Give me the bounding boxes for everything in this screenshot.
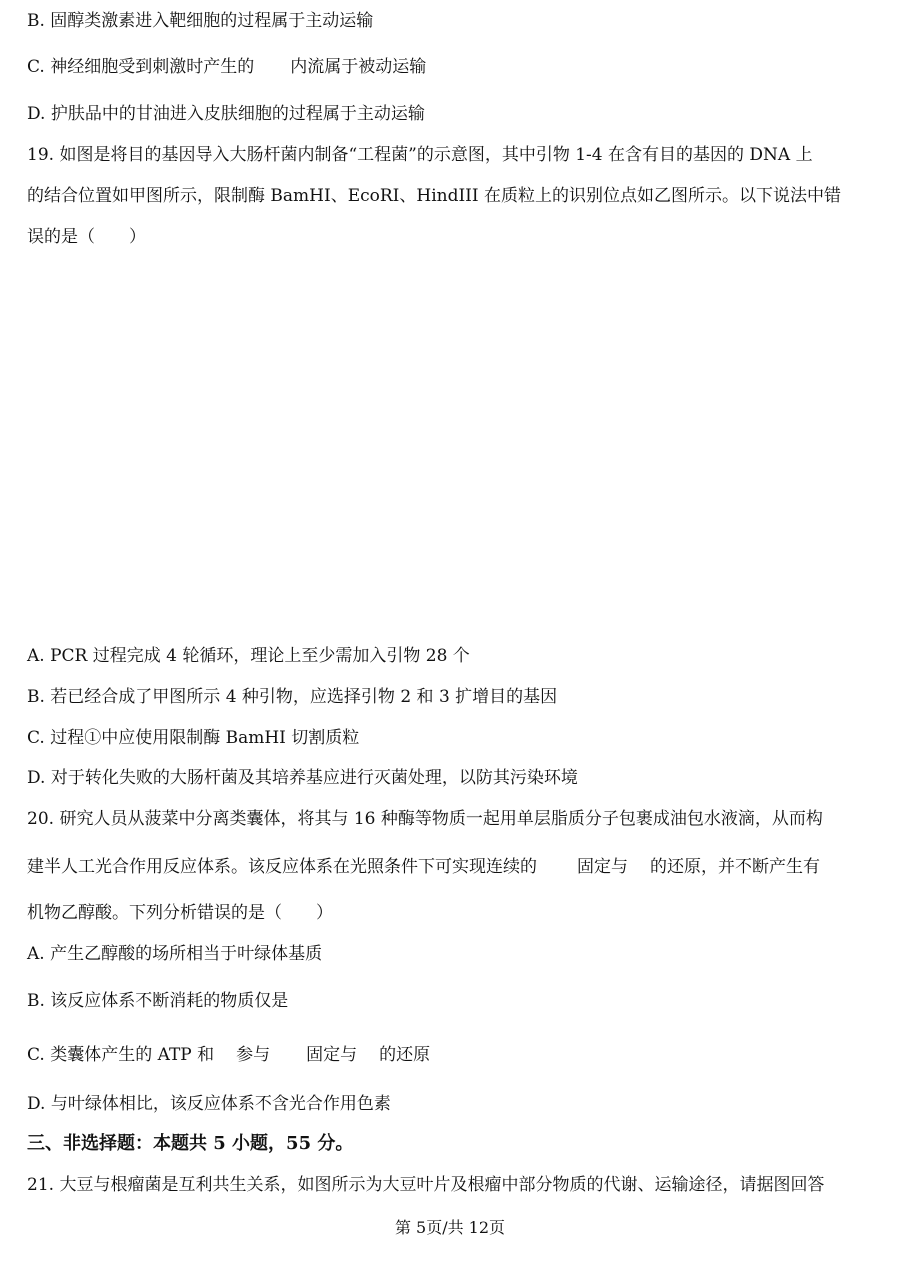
q20-option-c-part-4: 的还原 [379,1045,430,1065]
q18-option-d: D. 护肤品中的甘油进入皮肤细胞的过程属于主动运输 [27,103,425,125]
q20-option-c: C. 类囊体产生的 ATP 和参与固定与的还原 [27,1044,430,1066]
q19-option-d: D. 对于转化失败的大肠杆菌及其培养基应进行灭菌处理，以防其污染环境 [27,767,578,789]
q19-option-a: A. PCR 过程完成 4 轮循环，理论上至少需加入引物 28 个 [27,645,470,667]
page-number: 第 5页/共 12页 [0,1217,900,1239]
q19-figure-placeholder [27,255,873,635]
section-heading: 三、非选择题：本题共 5 小题，55 分。 [27,1132,353,1156]
q20-option-c-part-2: 参与 [236,1045,270,1065]
q21-stem-line-1: 21. 大豆与根瘤菌是互利共生关系，如图所示为大豆叶片及根瘤中部分物质的代谢、运… [27,1174,824,1196]
q20-option-d: D. 与叶绿体相比，该反应体系不含光合作用色素 [27,1093,391,1115]
q20-stem-line-3: 机物乙醇酸。下列分析错误的是（ ） [27,902,333,924]
q20-stem-line-2-part-1: 建半人工光合作用反应体系。该反应体系在光照条件下可实现连续的 [27,857,537,877]
q20-option-b: B. 该反应体系不断消耗的物质仅是 [27,990,288,1012]
q18-option-c-text-after: 内流属于被动运输 [290,57,426,77]
q18-option-b: B. 固醇类激素进入靶细胞的过程属于主动运输 [27,10,373,32]
q20-option-a: A. 产生乙醇酸的场所相当于叶绿体基质 [27,943,322,965]
q19-stem-line-3: 误的是（ ） [27,226,146,248]
q18-option-c: C. 神经细胞受到刺激时产生的内流属于被动运输 [27,56,426,78]
q20-stem-line-2-part-2: 固定与 [577,857,628,877]
q20-stem-line-1: 20. 研究人员从菠菜中分离类囊体，将其与 16 种酶等物质一起用单层脂质分子包… [27,808,823,830]
q19-option-c: C. 过程①中应使用限制酶 BamHI 切割质粒 [27,727,359,749]
q19-stem-line-2: 的结合位置如甲图所示，限制酶 BamHI、EcoRI、HindIII 在质粒上的… [27,185,841,207]
q20-option-c-part-3: 固定与 [306,1045,357,1065]
q20-stem-line-2: 建半人工光合作用反应体系。该反应体系在光照条件下可实现连续的固定与的还原，并不断… [27,856,820,878]
q19-stem-line-1: 19. 如图是将目的基因导入大肠杆菌内制备“工程菌”的示意图，其中引物 1-4 … [27,144,813,166]
q20-option-c-part-1: C. 类囊体产生的 ATP 和 [27,1045,214,1065]
q19-option-b: B. 若已经合成了甲图所示 4 种引物，应选择引物 2 和 3 扩增目的基因 [27,686,557,708]
q20-stem-line-2-part-3: 的还原，并不断产生有 [650,857,820,877]
q18-option-c-text-before: C. 神经细胞受到刺激时产生的 [27,57,254,77]
